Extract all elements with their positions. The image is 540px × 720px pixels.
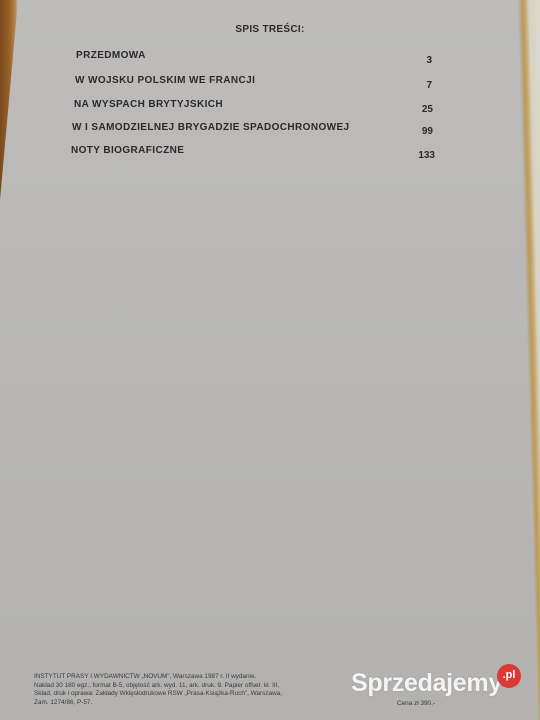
toc-entry-page: 3 (392, 55, 432, 66)
toc-entry-label: W I SAMODZIELNEJ BRYGADZIE SPADOCHRONOWE… (72, 122, 350, 133)
watermark-badge: .pl (497, 664, 521, 688)
colophon-line: Nakład 30 180 egz., format B-5, objętość… (34, 682, 282, 691)
toc-entry-page: 25 (393, 104, 433, 115)
toc-entry-page: 7 (392, 80, 432, 91)
colophon-line: Skład, druk i oprawa: Zakłady Wklęsłodru… (34, 690, 282, 699)
colophon-line: Zam. 1274/86, P-57. (34, 699, 282, 708)
toc-entry-label: PRZEDMOWA (76, 50, 146, 61)
toc-entry-label: NA WYSPACH BRYTYJSKICH (74, 99, 223, 110)
toc-entry-page: 99 (393, 126, 433, 137)
toc-title: SPIS TREŚCI: (0, 24, 540, 35)
colophon: INSTYTUT PRASY I WYDAWNICTW „NOVUM”, War… (34, 673, 282, 707)
toc-entry-label: NOTY BIOGRAFICZNE (71, 145, 184, 156)
watermark-logo: Sprzedajemy (351, 669, 502, 698)
price: Cena zł 390,- (397, 700, 435, 707)
book-page: SPIS TREŚCI: PRZEDMOWA 3 W WOJSKU POLSKI… (0, 0, 520, 720)
toc-entry-label: W WOJSKU POLSKIM WE FRANCJI (75, 75, 255, 86)
colophon-line: INSTYTUT PRASY I WYDAWNICTW „NOVUM”, War… (34, 673, 282, 682)
toc-entry-page: 133 (395, 150, 435, 161)
